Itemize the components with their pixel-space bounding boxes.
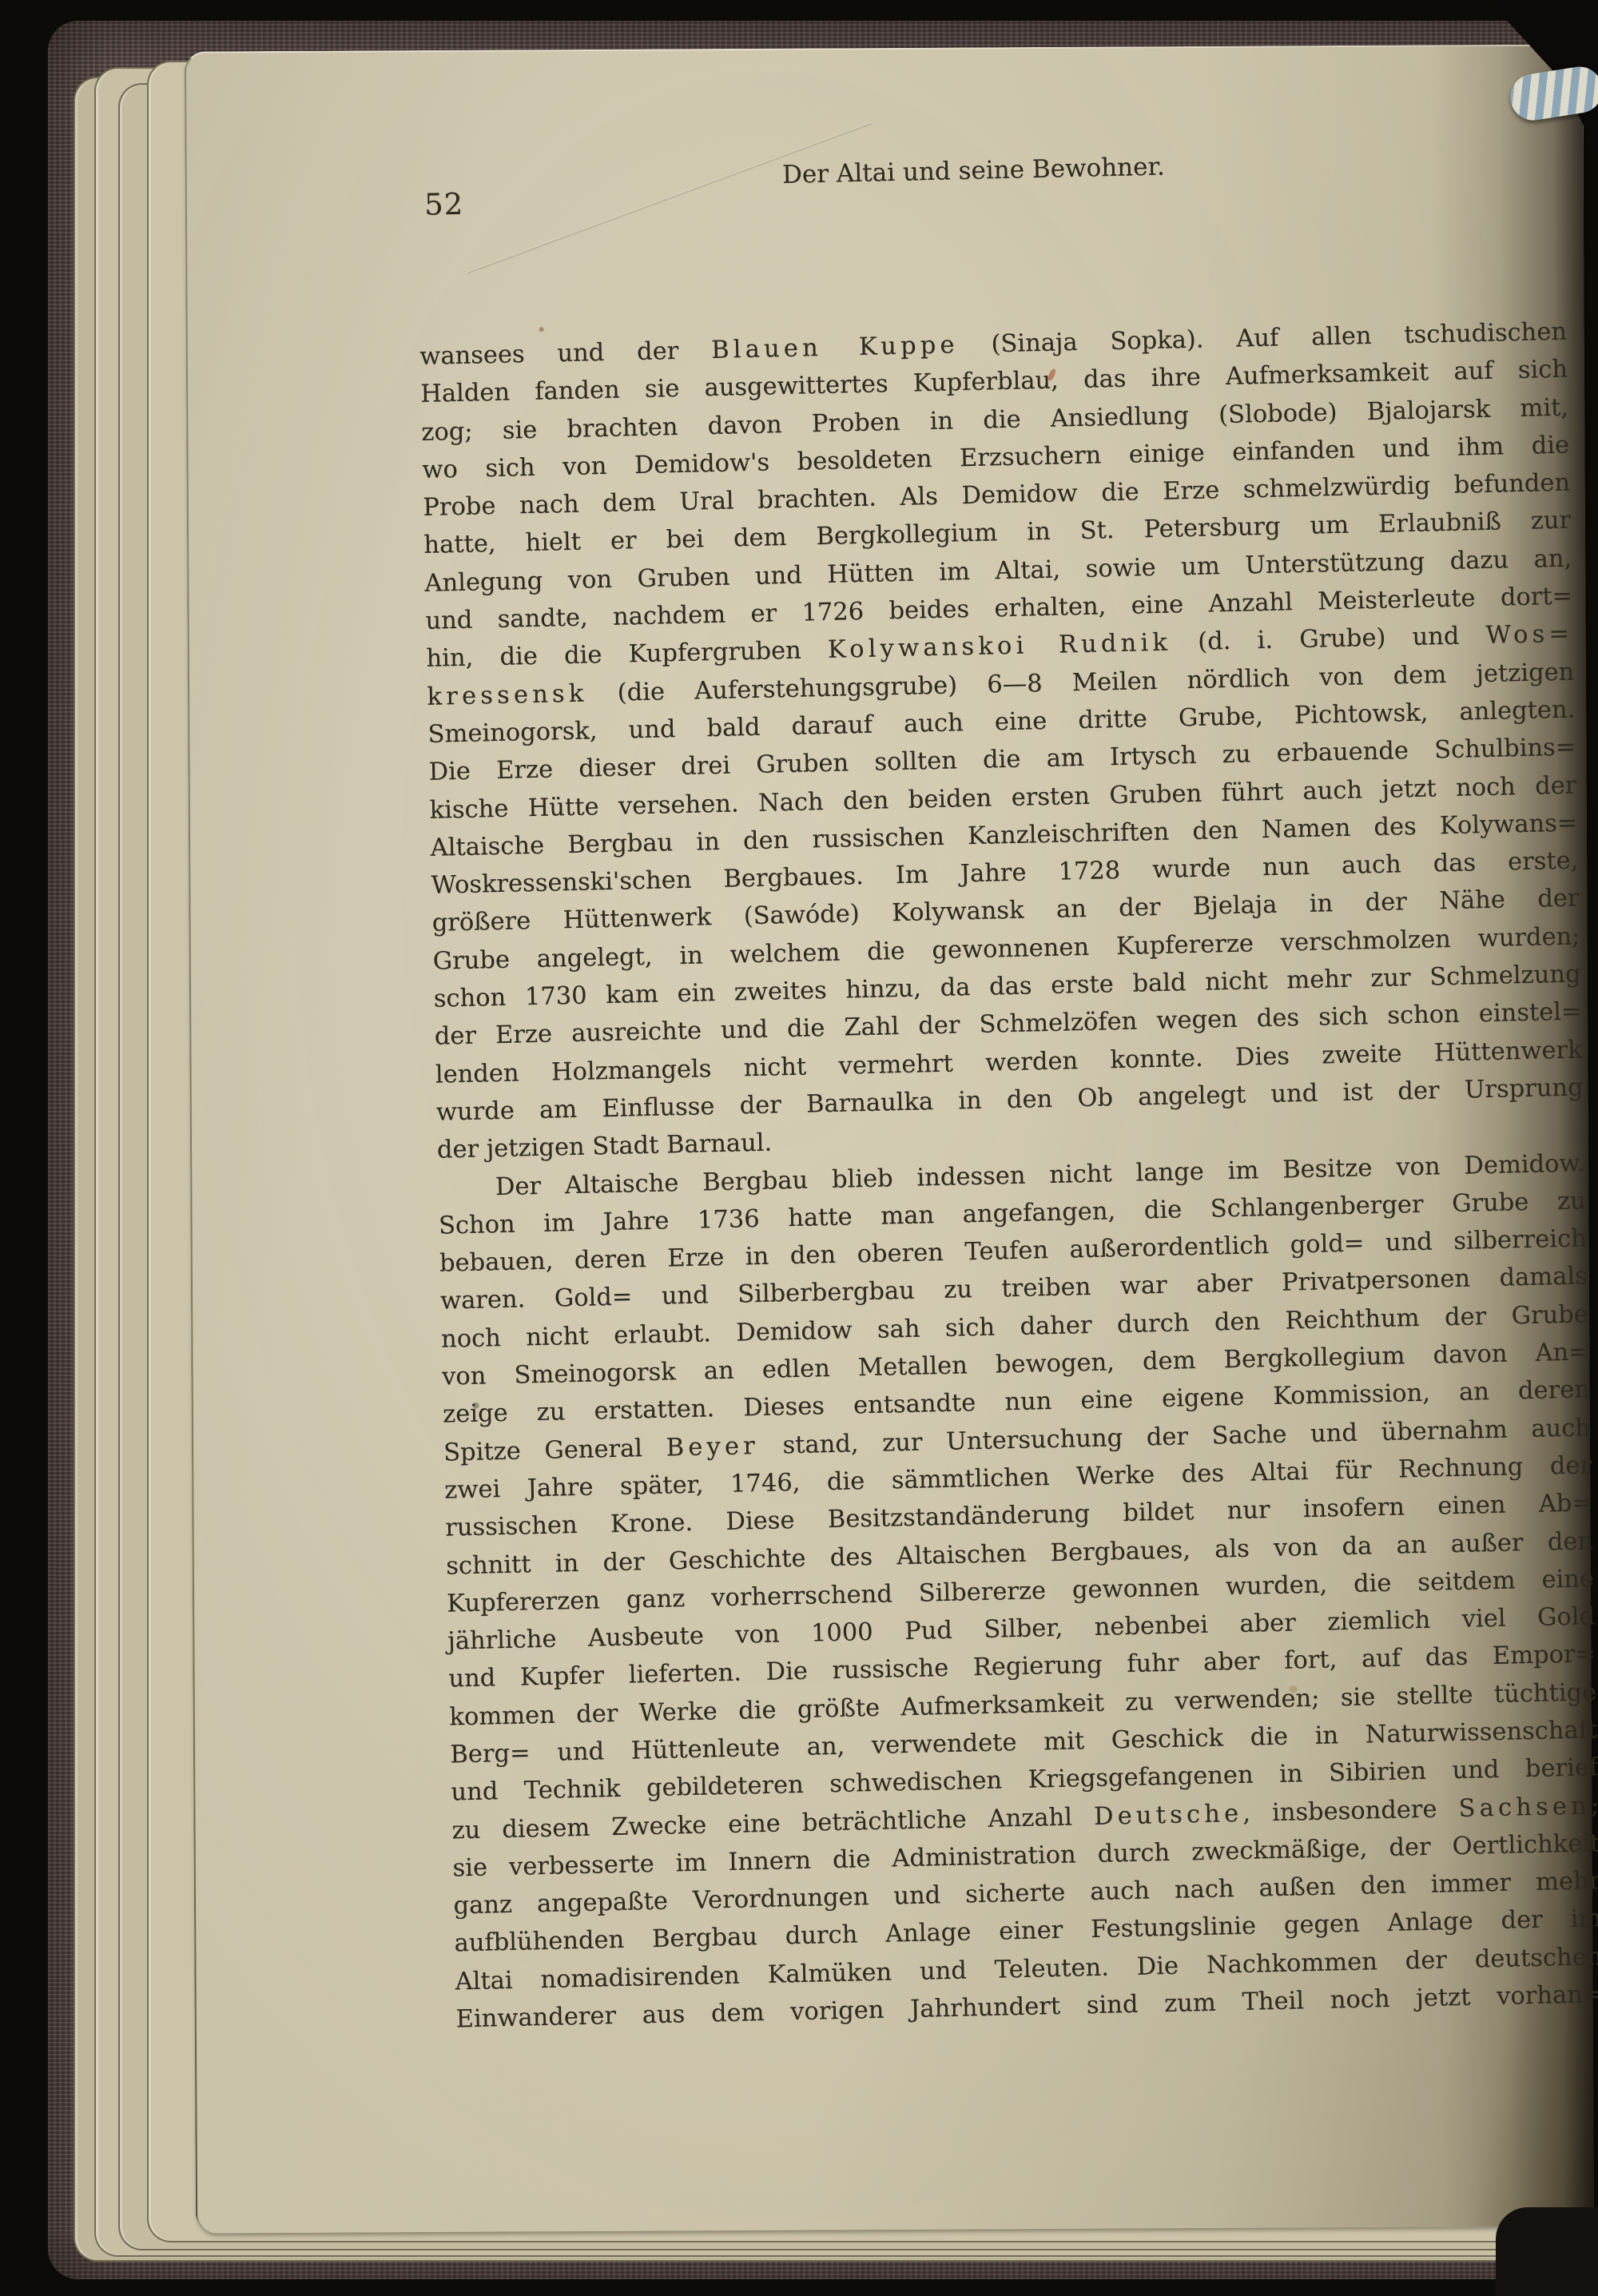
letterspaced-word: Kolywanskoi Rudnik [828, 629, 1172, 664]
text-column: 52 Der Altai und seine Bewohner. wansees… [415, 139, 1598, 2039]
letterspaced-word: Blauen Kuppe [711, 331, 959, 364]
letterspaced-word: Sachsen [1458, 1792, 1591, 1823]
letterspaced-word: Beyer [666, 1432, 759, 1462]
letterspaced-word: kressensk [427, 679, 588, 710]
photo-corner-shadow-bottom-right [1496, 2207, 1598, 2296]
letterspaced-word: Wos= [1485, 620, 1573, 650]
letterspaced-word: Deutsche [1094, 1799, 1243, 1830]
scanned-book-photo: 52 Der Altai und seine Bewohner. wansees… [0, 0, 1598, 2296]
page-text: wansees und der Blauen Kuppe (Sinaja Sop… [416, 187, 1598, 2039]
